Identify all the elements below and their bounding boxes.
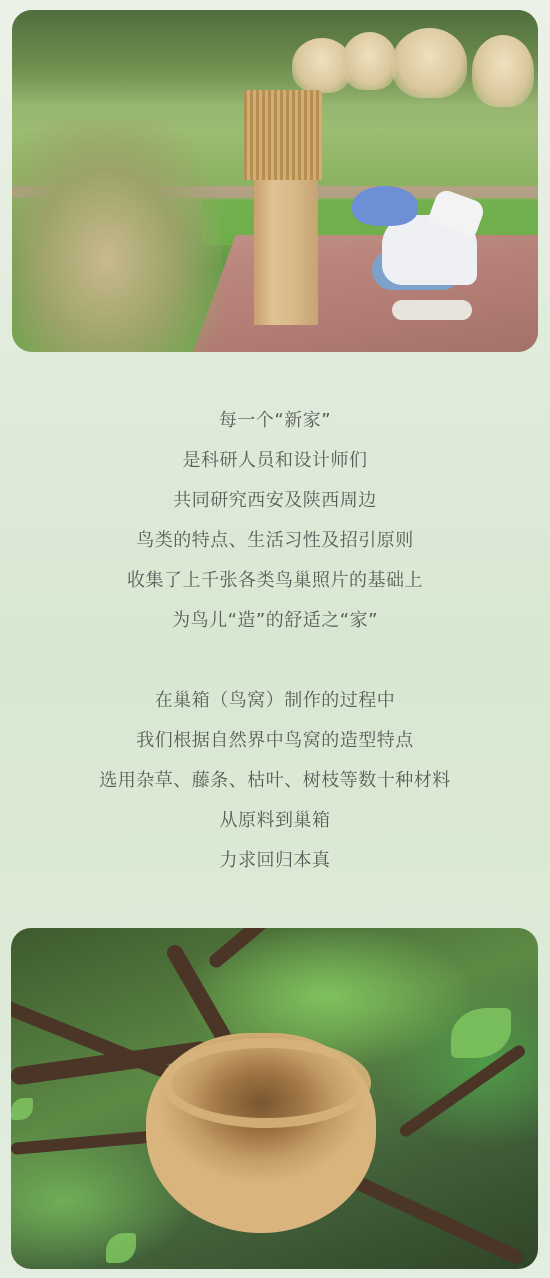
- branch: [11, 1130, 161, 1155]
- pampas-grass: [392, 28, 467, 98]
- text-line: 是科研人员和设计师们: [0, 441, 550, 481]
- leaf: [11, 1098, 33, 1120]
- nest-rim: [161, 1038, 371, 1128]
- bird-nest-photo: [11, 928, 538, 1269]
- blue-hat: [352, 186, 418, 226]
- birdhouse-park-photo: [12, 10, 538, 352]
- paragraph-new-home: 每一个“新家” 是科研人员和设计师们 共同研究西安及陕西周边 鸟类的特点、生活习…: [0, 401, 550, 641]
- text-line: 从原料到巢箱: [0, 801, 550, 841]
- branch: [207, 928, 308, 970]
- text-line: 在巢箱（鸟窝）制作的过程中: [0, 681, 550, 721]
- wooden-post: [254, 175, 318, 325]
- pampas-grass: [472, 35, 534, 107]
- person-shoes: [392, 300, 472, 320]
- branch: [338, 1169, 525, 1266]
- brick-path: [192, 235, 538, 352]
- paragraph-nest-making: 在巢箱（鸟窝）制作的过程中 我们根据自然界中鸟窝的造型特点 选用杂草、藤条、枯叶…: [0, 681, 550, 881]
- leaf: [451, 1008, 511, 1058]
- foreground-grass: [12, 120, 222, 352]
- text-line: 鸟类的特点、生活习性及招引原则: [0, 521, 550, 561]
- text-line: 为鸟儿“造”的舒适之“家”: [0, 601, 550, 641]
- text-line: 每一个“新家”: [0, 401, 550, 441]
- text-line: 我们根据自然界中鸟窝的造型特点: [0, 721, 550, 761]
- leaf: [106, 1233, 136, 1263]
- pampas-grass: [342, 32, 397, 90]
- straw-roof: [244, 90, 322, 180]
- text-line: 选用杂草、藤条、枯叶、树枝等数十种材料: [0, 761, 550, 801]
- text-line: 力求回归本真: [0, 841, 550, 881]
- text-line: 收集了上千张各类鸟巢照片的基础上: [0, 561, 550, 601]
- text-line: 共同研究西安及陕西周边: [0, 481, 550, 521]
